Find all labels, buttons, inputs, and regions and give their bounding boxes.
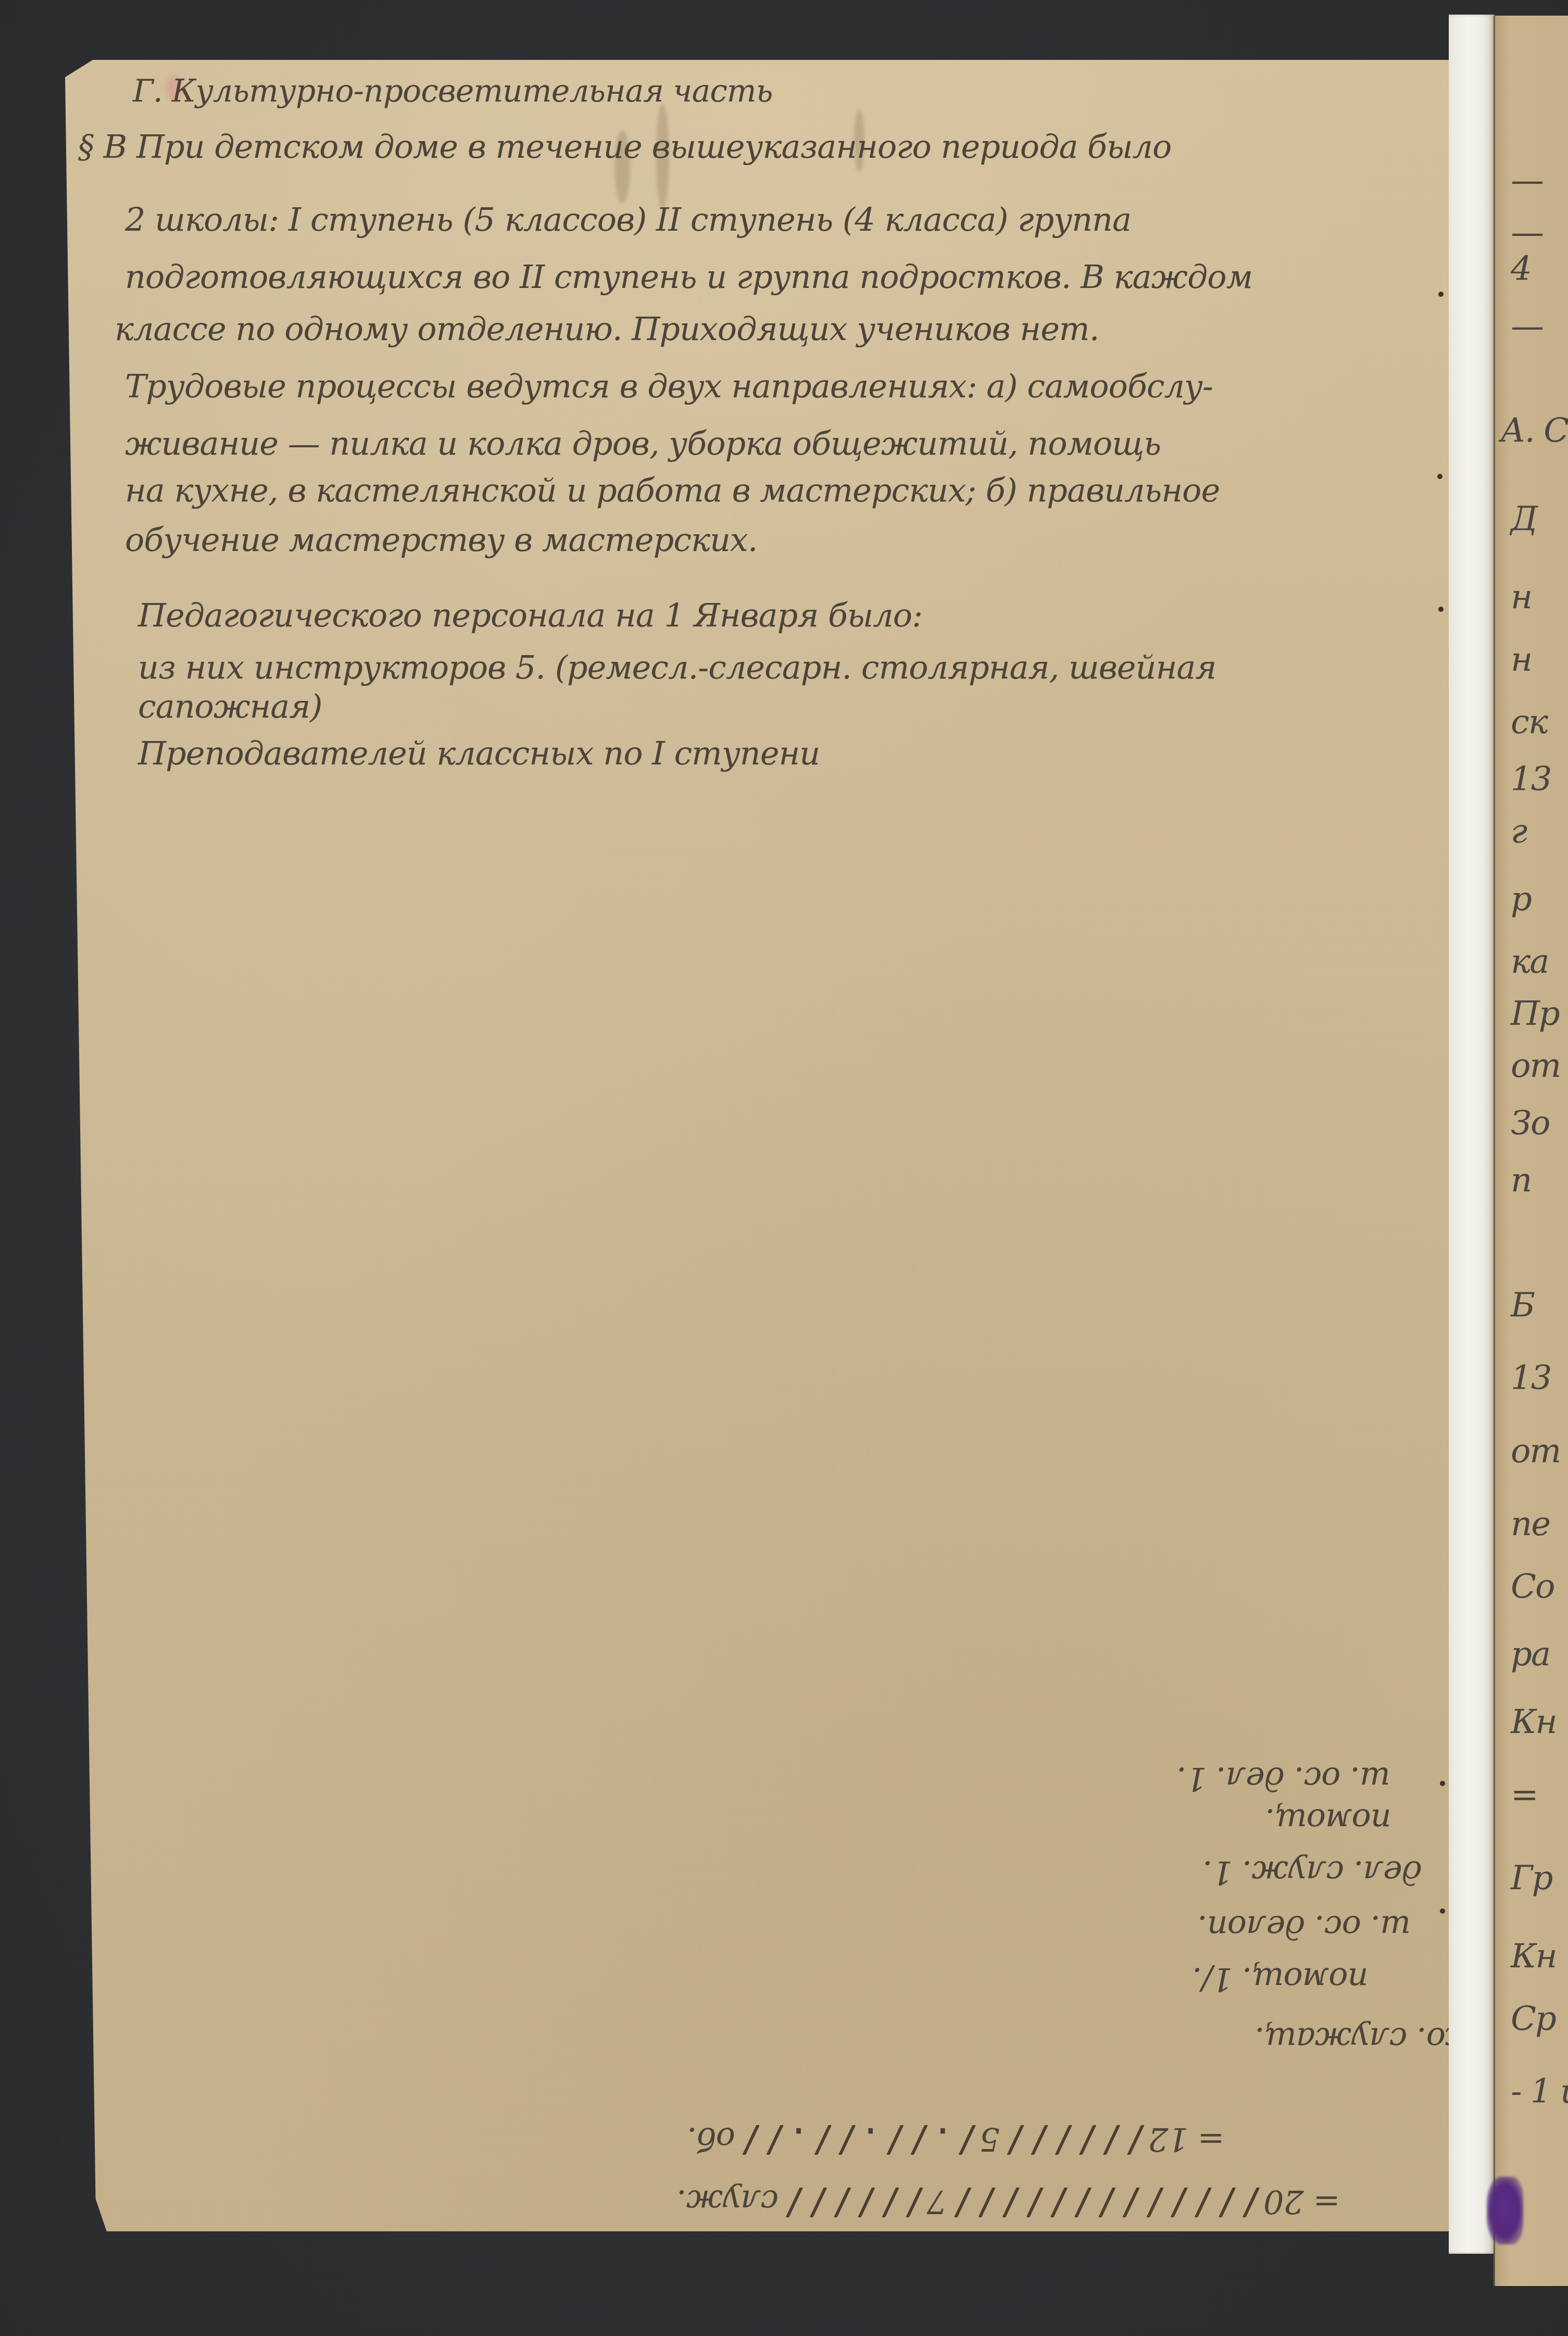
adjacent-text: - 1 и [1511,2073,1568,2111]
text-line: из них инструкторов 5. (ремесл.-слесарн.… [138,648,1216,686]
upside-note-label: ш. ос. дел. 1. [1177,1760,1390,1798]
text-line: сапожная) [138,687,322,725]
note-value: 1. [1203,1854,1233,1892]
adjacent-text: Гр [1511,1859,1552,1898]
upside-note-label: помощ. 1/. [1193,1961,1369,1999]
section-heading: Г. Культурно-просветительная часть [133,73,772,109]
punch-hole [1438,292,1444,297]
adjacent-text: Ср [1511,2000,1556,2038]
binding-strip [1449,15,1495,2254]
adjacent-text: — [1511,213,1543,252]
text-line: подготовляющихся во II ступень и группа … [125,258,1252,296]
tally-row: = 20 ///////////// 7 ////// служ. [677,2182,1340,2225]
punch-hole [1438,607,1444,612]
adjacent-text: 13 [1511,1359,1551,1398]
text-line: обучение мастерству в мастерских. [125,521,758,559]
adjacent-text: Пр [1511,995,1559,1033]
text-line: классе по одному отделению. Приходящих у… [115,310,1099,348]
note-label: дел. служ. [1243,1854,1422,1892]
text-line: § В При детском доме в течение вышеуказа… [78,128,1171,166]
punch-hole [1440,1781,1445,1786]
text-line: живание — пилка и колка дров, уборка общ… [125,424,1161,462]
tally-row: = 12 ////// 5 /.//.//.// об. [687,2119,1225,2162]
punch-hole [1437,474,1442,479]
purple-stamp-mark [1487,2177,1523,2244]
upside-note-label: ш. ос. делоп. [1198,1908,1411,1946]
adjacent-text: Б [1511,1286,1534,1325]
tally-label: служ. [677,2183,779,2221]
tally-marks: /.//.//.// [737,2119,977,2162]
adjacent-text: ка [1511,943,1548,981]
upside-note-label: дел. служ. 1. [1203,1854,1422,1892]
adjacent-text: от [1511,1432,1560,1471]
adjacent-text: пе [1511,1505,1550,1543]
note-label: помощ. [1265,1802,1391,1840]
adjacent-text: н [1511,640,1532,679]
adjacent-text: А. С [1500,411,1568,450]
adjacent-text: ра [1511,1635,1550,1674]
adjacent-page: — — 4 — А. С Д н н ск 13 г р ка Пр от Зо… [1494,16,1568,2286]
punch-hole [1440,1908,1445,1914]
adjacent-text: 13 [1511,760,1551,799]
tally-marks: ////// [781,2182,925,2225]
adjacent-text: — [1511,161,1543,200]
adjacent-text: н [1511,578,1532,617]
adjacent-text: — [1511,307,1543,346]
tally-total: = 12 [1148,2120,1225,2158]
text-line: Педагогического персонала на 1 Января бы… [138,596,922,634]
text-line: на кухне, в кастелянской и работа в маст… [125,471,1220,509]
adjacent-text: ск [1511,703,1547,742]
adjacent-text: Кн [1511,1937,1557,1976]
text-line: Преподавателей классных по I ступени [138,734,820,772]
note-label: ш. ос. делоп. [1198,1908,1411,1946]
adjacent-text: Со [1511,1567,1554,1606]
upside-note-label: помощ. [1265,1802,1391,1840]
adjacent-text: 4 [1511,250,1531,288]
adjacent-text: от [1511,1047,1560,1085]
adjacent-text: Кн [1511,1703,1557,1741]
text-line: 2 школы: I ступень (5 классов) II ступен… [125,200,1131,238]
note-value: 1/. [1193,1961,1233,1999]
adjacent-text: п [1511,1161,1531,1200]
tally-total: = 20 [1264,2183,1340,2221]
adjacent-text: Д [1511,500,1537,538]
tally-subtotal: 5 [980,2120,1000,2158]
tally-subtotal: 7 [927,2183,947,2221]
tally-marks: ////// [1002,2119,1146,2162]
note-label: ш. ос. дел. [1216,1760,1390,1798]
note-value: 1. [1177,1760,1207,1798]
adjacent-text: Зо [1511,1104,1549,1142]
text-line: Трудовые процессы ведутся в двух направл… [125,367,1213,405]
adjacent-text: = [1511,1776,1538,1814]
note-label: помощ. [1243,1961,1369,1999]
tally-label: об. [687,2120,735,2158]
tally-marks: ///////////// [949,2182,1262,2225]
adjacent-text: р [1511,880,1531,919]
adjacent-text: г [1511,812,1526,851]
